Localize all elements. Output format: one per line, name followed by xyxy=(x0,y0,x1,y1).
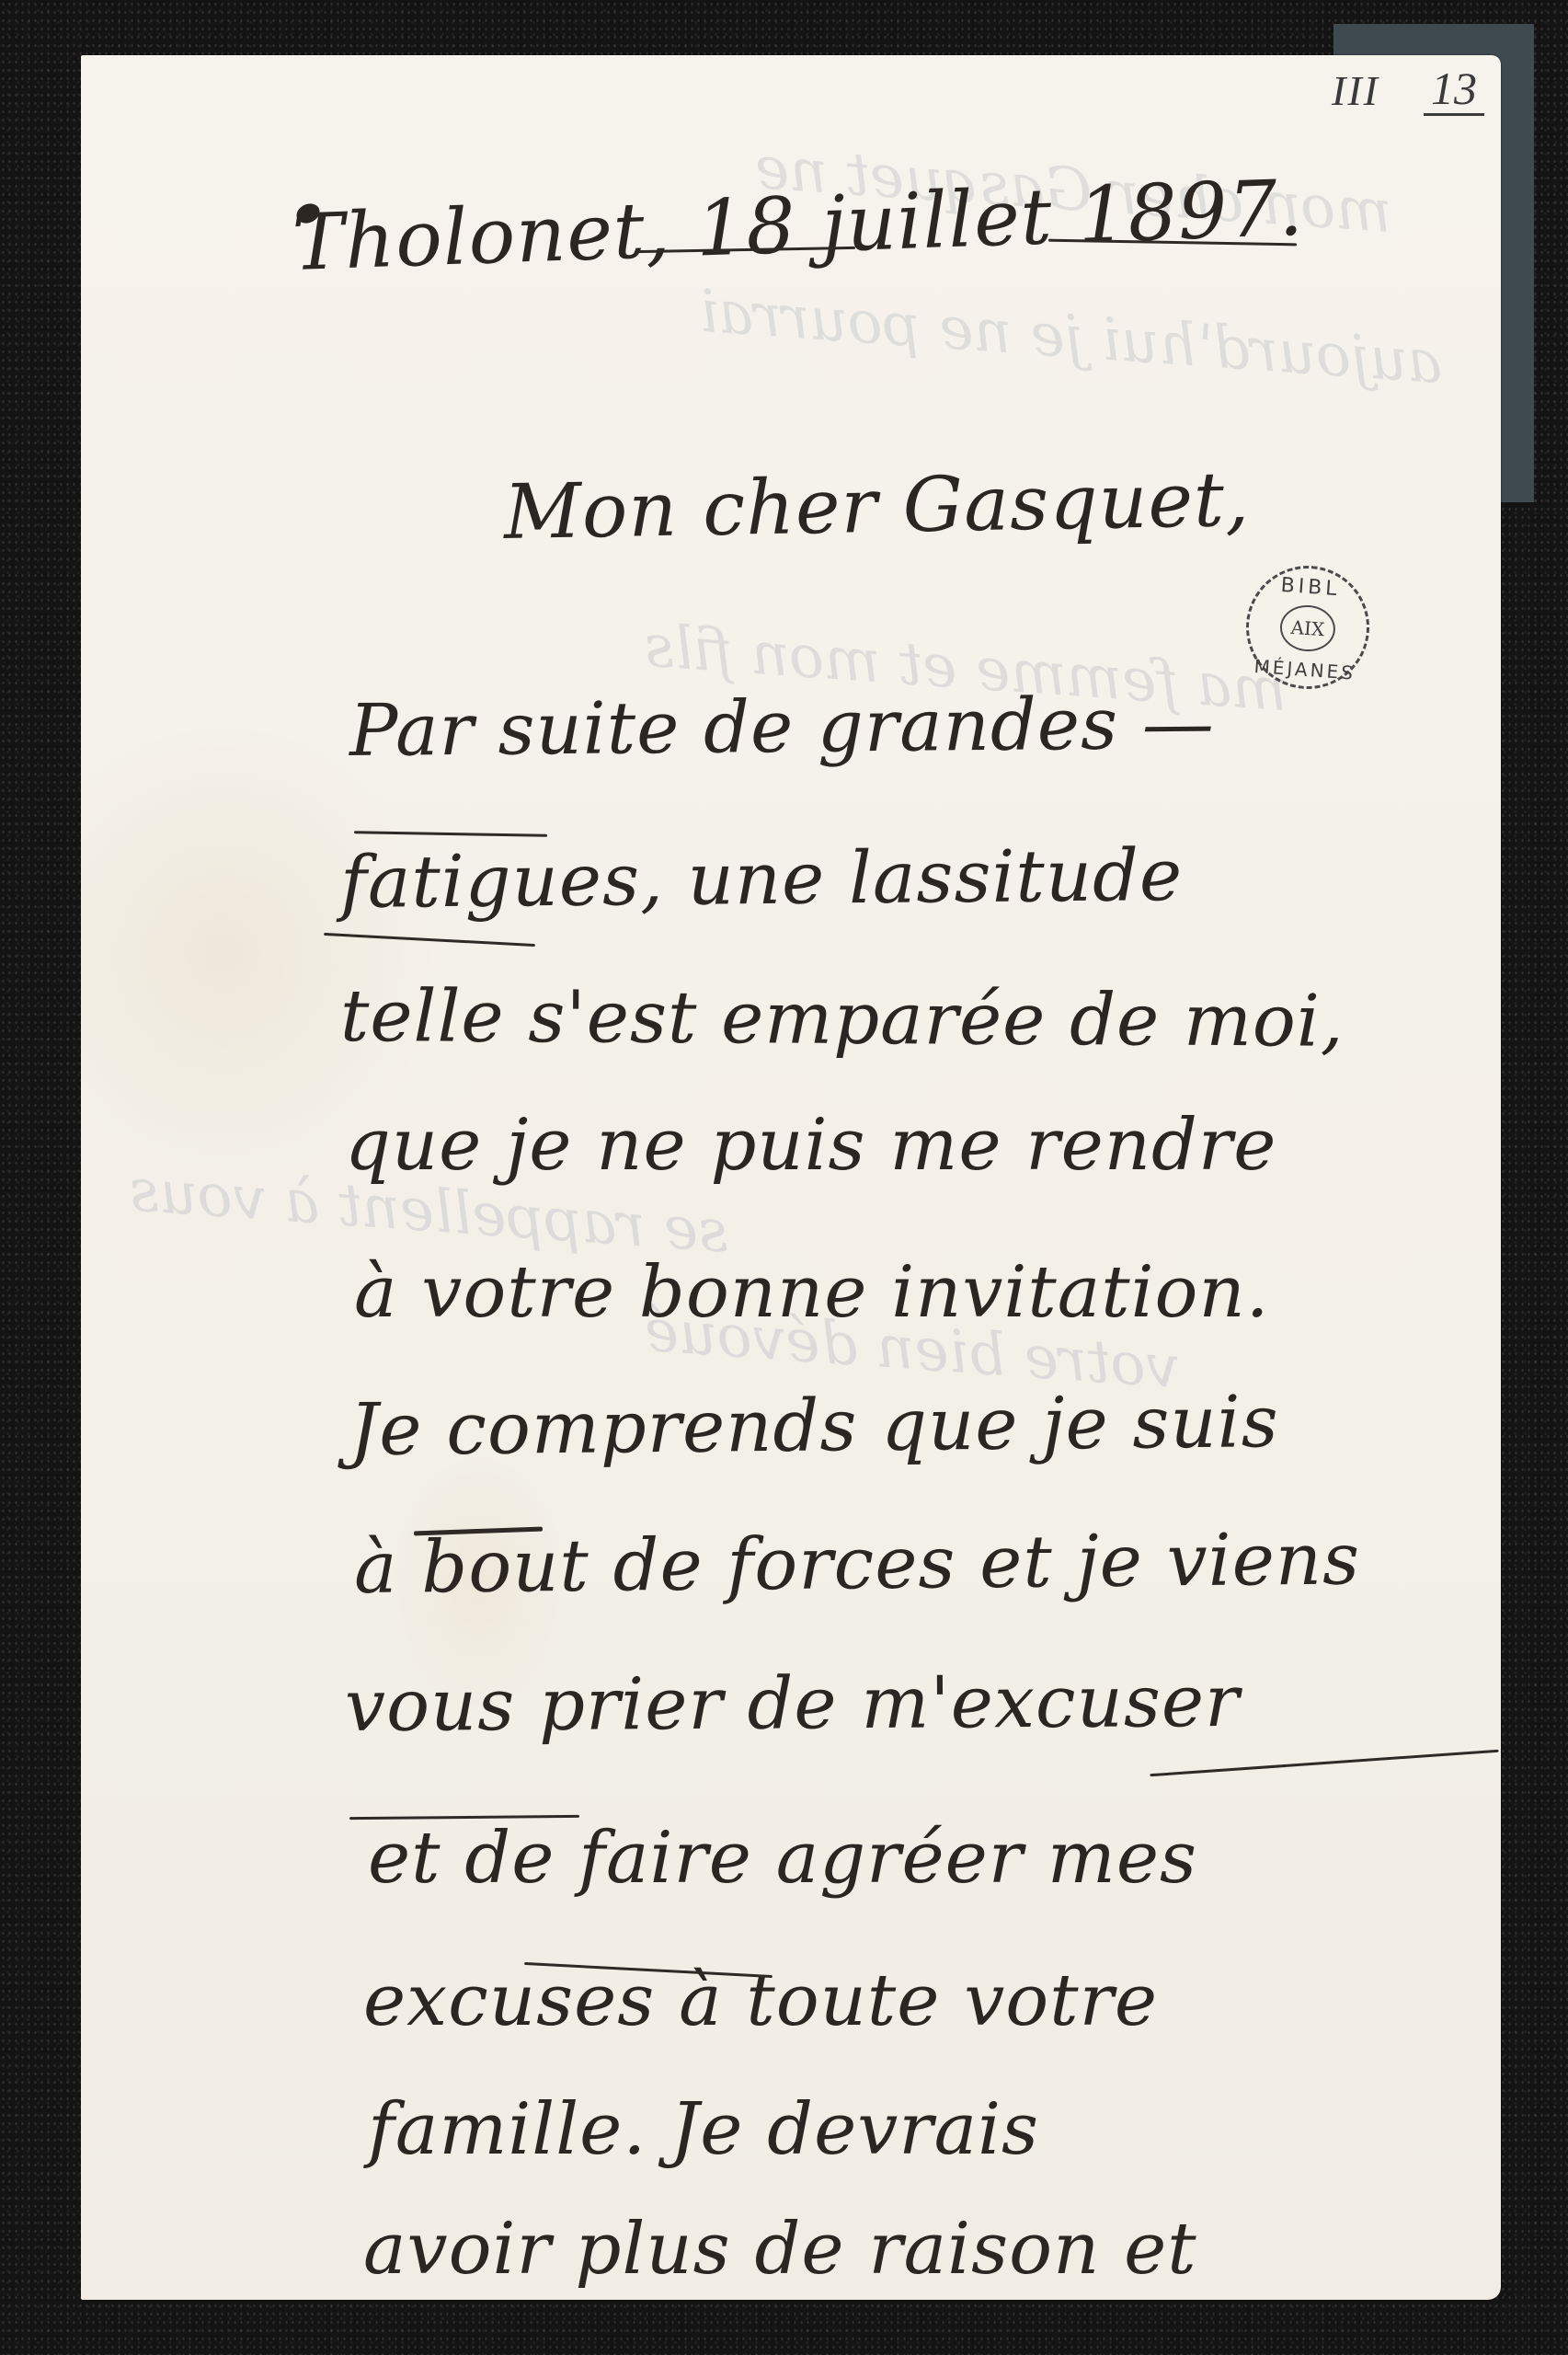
letter-line-9: et de faire agréer mes xyxy=(368,1817,1197,1900)
salutation-line: Mon cher Gasquet, xyxy=(503,456,1251,557)
letter-line-12: avoir plus de raison et xyxy=(363,2208,1197,2291)
letter-line-11: famille. Je devrais xyxy=(368,2088,1039,2171)
letter-line-3: telle s'est emparée de moi, xyxy=(340,975,1345,1063)
stamp-center-text: AIX xyxy=(1278,603,1336,653)
letter-line-10: excuses à toute votre xyxy=(363,1959,1158,2042)
letter-line-8: vous prier de m'excuser xyxy=(345,1660,1241,1748)
letter-line-1: Par suite de grandes — xyxy=(349,683,1216,773)
letter-line-6: Je comprends que je suis xyxy=(349,1381,1279,1472)
volume-mark: III xyxy=(1332,66,1379,115)
library-stamp: BIBL AIX MÉJANES xyxy=(1242,561,1373,693)
letter-line-5: à votre bonne invitation. xyxy=(354,1251,1270,1334)
letter-line-4: que je ne puis me rendre xyxy=(345,1104,1276,1187)
letter-line-2: fatigues, une lassitude xyxy=(340,834,1184,925)
page-number: 13 xyxy=(1424,64,1484,116)
